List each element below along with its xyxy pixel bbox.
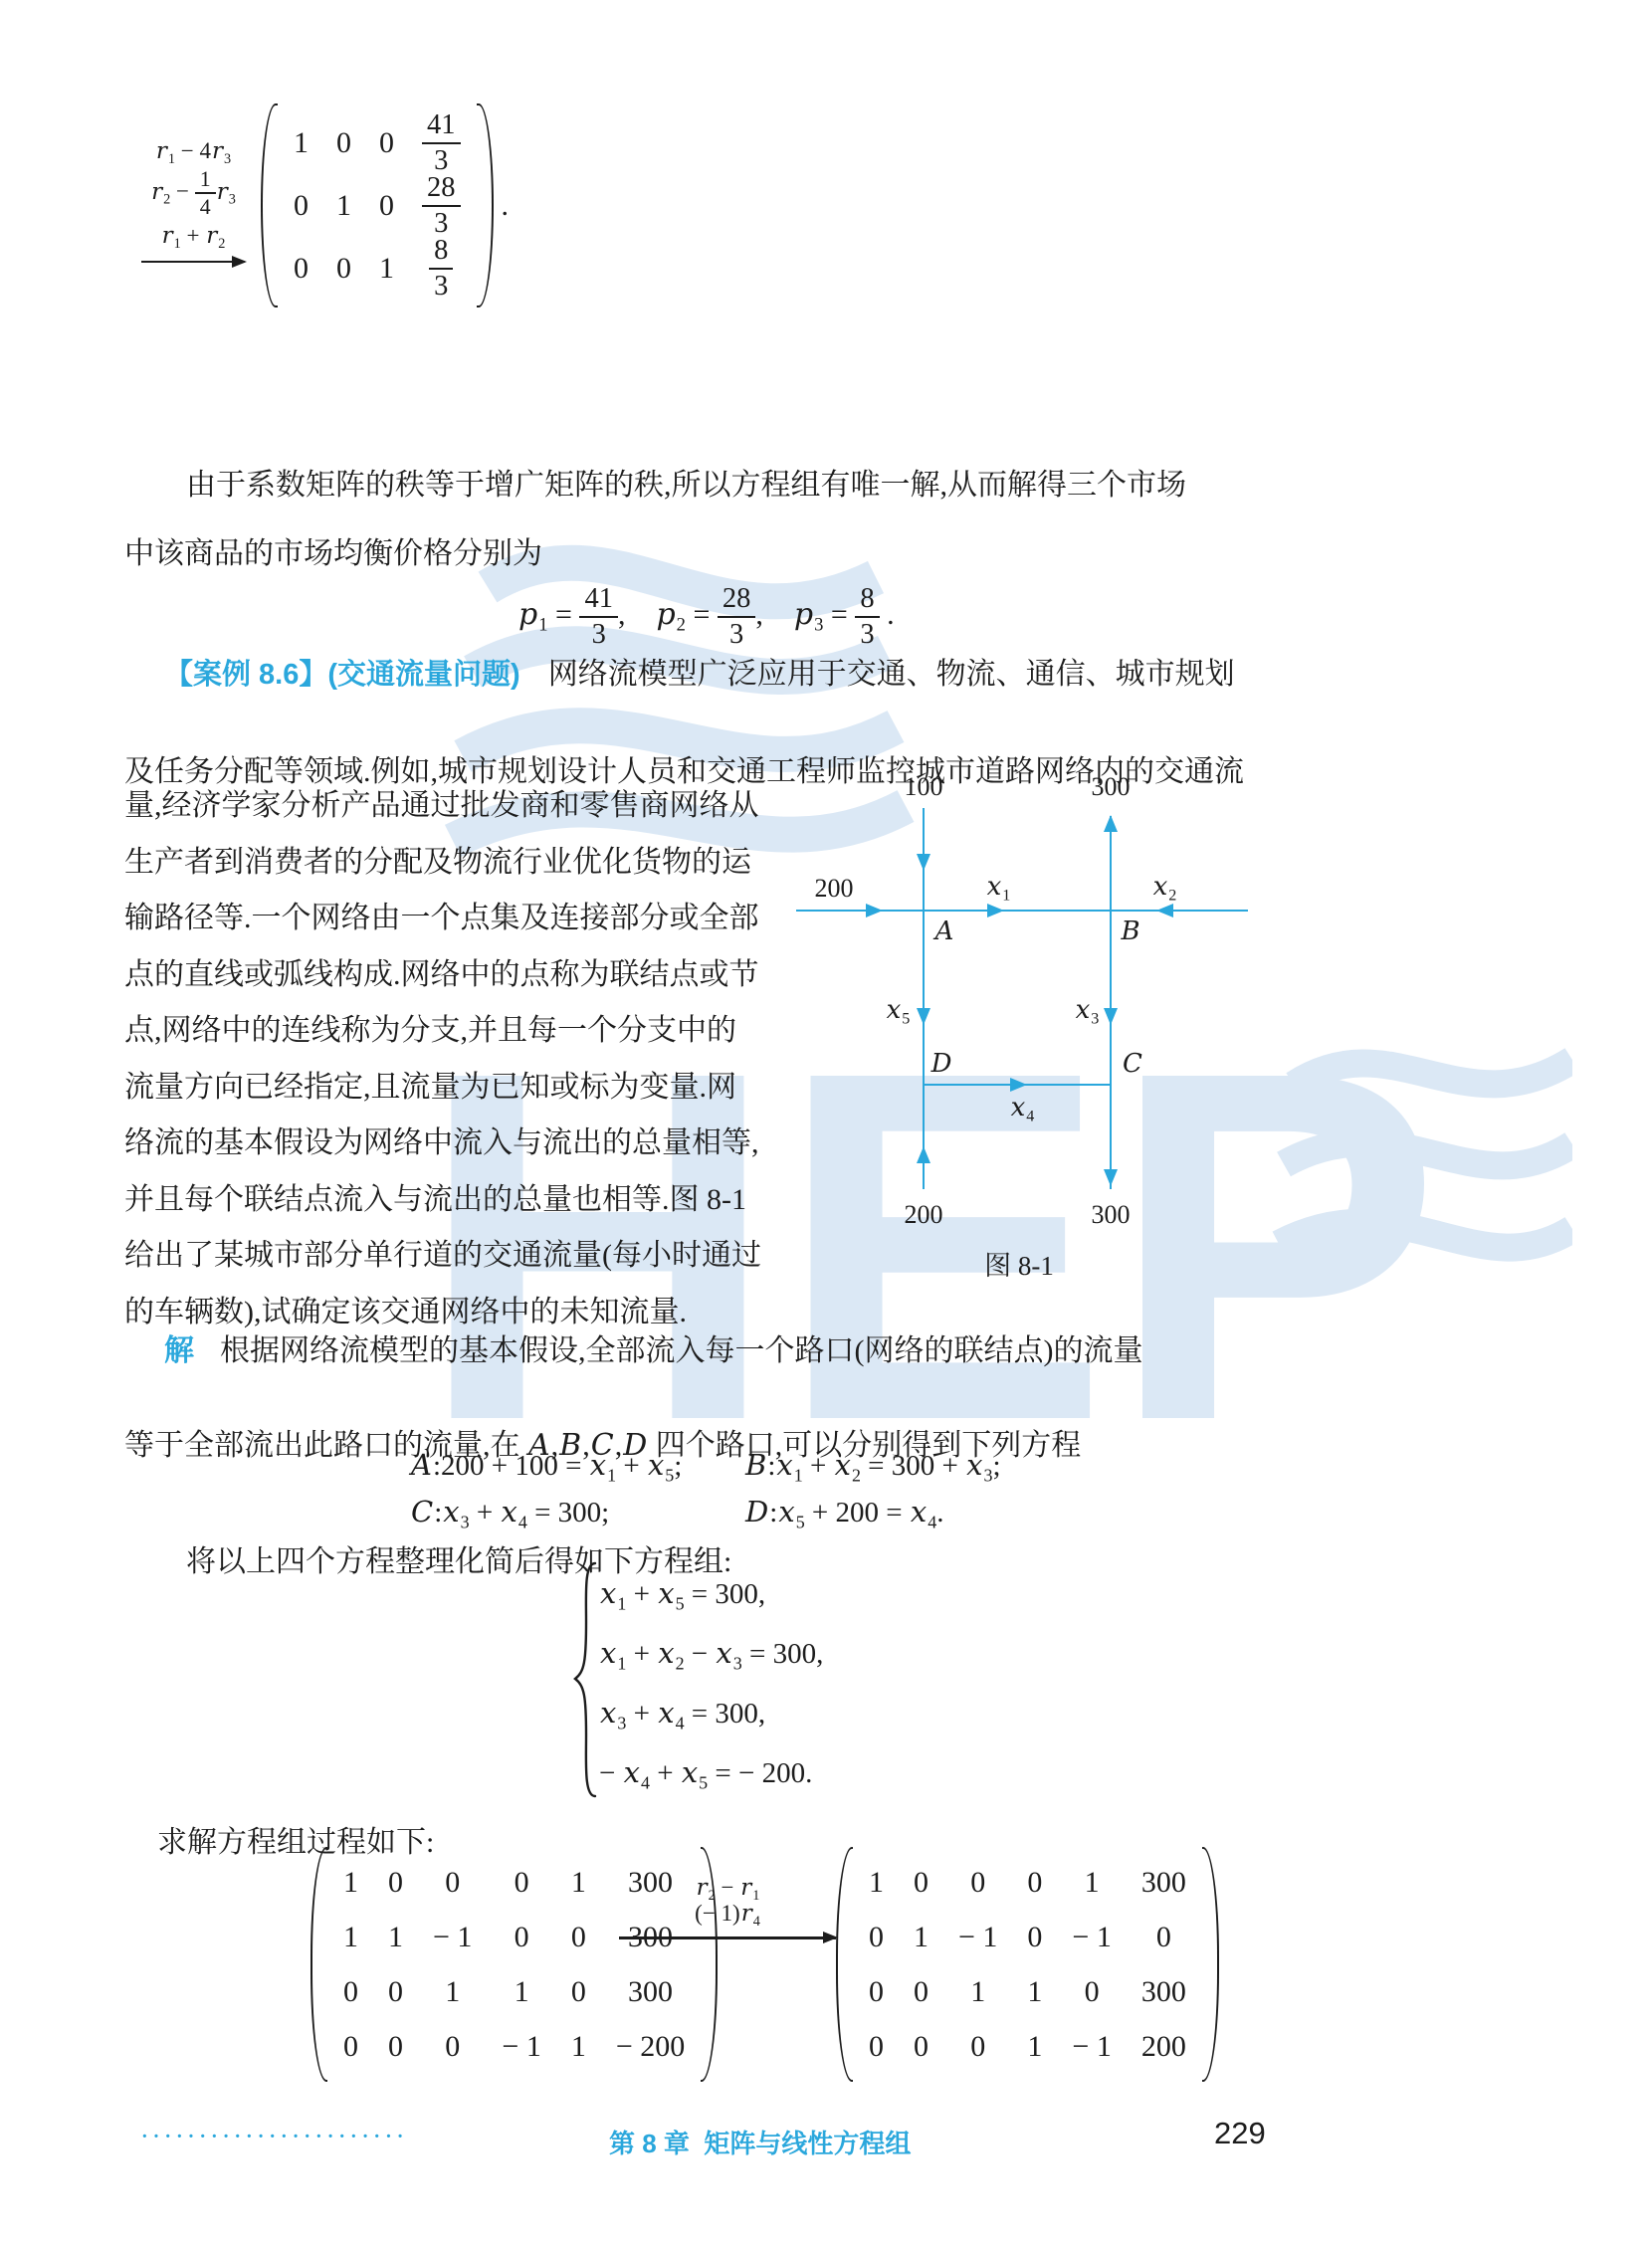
matrix-cell: 0 [379, 126, 394, 160]
flow-x4-label: x4 [1010, 1093, 1035, 1122]
matrix-reduction-result: r1 − 4r3 r2 − 14r3 r1 + r2 1004130102830… [141, 103, 509, 307]
matrix-cell: 0 [869, 1975, 884, 2009]
result-matrix: 10041301028300183 [261, 103, 494, 307]
matrix-cell: 0 [336, 252, 351, 286]
matrix-cell: 0 [445, 1866, 460, 1900]
matrix-cell: 0 [388, 2030, 403, 2064]
matrix-cell: 1 [571, 2030, 586, 2064]
footer-chapter-title: 第 8 章 矩阵与线性方程组 [609, 2124, 911, 2160]
matrix-cell: − 1 [958, 1921, 997, 1954]
matrix-cell: 1 [571, 1866, 586, 1900]
arrow-right-icon [619, 1936, 836, 1939]
system-equation: x1 + x2 − x3 = 300, [599, 1624, 823, 1684]
matrix-cell: 413 [422, 109, 461, 177]
matrix-cell: 1 [515, 1975, 529, 2009]
matrix-cell: − 1 [1072, 2030, 1111, 2064]
body-line: 并且每个联结点流入与流出的总量也相等.图 8-1 [124, 1172, 761, 1229]
matrix-cell: 1 [294, 126, 309, 160]
matrix-cell: 0 [1027, 1921, 1042, 1954]
row-op: r1 − 4r3 [155, 138, 231, 164]
price-equation: p1 = 413, p2 = 283, p3 = 83 . [517, 583, 895, 651]
matrix-cell: 300 [1141, 1975, 1186, 2009]
equation-system: x1 + x5 = 300, x1 + x2 − x3 = 300, x3 + … [599, 1564, 823, 1803]
flow-out-bottom-label: 300 [1092, 1200, 1131, 1230]
matrix-cell: 1 [343, 1921, 358, 1954]
system-brace [571, 1560, 601, 1799]
matrix-cell: − 1 [433, 1921, 472, 1954]
body-line: 输路径等.一个网络由一个点集及连接部分或全部 [124, 891, 761, 947]
solution-marker: 解 [164, 1325, 194, 1369]
matrix-cell: 1 [914, 1921, 929, 1954]
left-paren [310, 1847, 327, 2082]
solution-line1: 解 根据网络流模型的基本假设,全部流入每一个路口(网络的联结点)的流量 [164, 1325, 1142, 1369]
matrix-cell: 0 [914, 1975, 929, 2009]
body-line: 流量方向已经指定,且流量为已知或标为变量.网 [124, 1060, 761, 1117]
left-paren [836, 1847, 853, 2082]
node-b-label: B [1120, 917, 1140, 946]
body-line: 点的直线或弧线构成.网络中的点称为联结点或节 [124, 947, 761, 1004]
matrix-cell: 0 [336, 126, 351, 160]
node-equation-a: A:200 + 100 = x1 + x5; [410, 1448, 682, 1483]
system-equation: x3 + x4 = 300, [599, 1684, 823, 1743]
matrix-cell: − 1 [1072, 1921, 1111, 1954]
matrix-cell: 0 [571, 1975, 586, 2009]
matrix-cell: 1 [1085, 1866, 1100, 1900]
matrix-cell: 200 [1141, 2030, 1186, 2064]
right-paren [477, 103, 494, 307]
node-equation-d: D:x5 + 200 = x4. [744, 1495, 943, 1529]
matrix-cell: 300 [1141, 1866, 1186, 1900]
figure-8-1: 100 300 200 x1 x2 A B x5 x3 D C x4 200 3… [794, 766, 1252, 1279]
matrix-cell: − 1 [502, 2030, 540, 2064]
body-line: 生产者到消费者的分配及物流行业优化货物的运 [124, 835, 761, 892]
row-op: r1 + r2 [161, 223, 226, 249]
matrix-cell: 1 [970, 1975, 985, 2009]
arrow-right-icon [141, 261, 245, 264]
matrix-cell: 1 [1027, 2030, 1042, 2064]
matrix-cell: 0 [388, 1975, 403, 2009]
flow-x5-label: x5 [886, 995, 911, 1025]
flow-in-top-label: 100 [905, 772, 943, 802]
matrix-cell: 0 [914, 2030, 929, 2064]
row-op: r2 − 14r3 [150, 167, 236, 220]
matrix-cell: 0 [445, 2030, 460, 2064]
node-a-label: A [934, 917, 955, 946]
body-line: 络流的基本假设为网络中流入与流出的总量相等, [124, 1116, 761, 1172]
matrix-cell: 0 [294, 252, 309, 286]
footer-dotted-rule: ······················· [141, 2126, 408, 2148]
matrix-cell: 1 [336, 189, 351, 223]
solution-text-line1: 根据网络流模型的基本假设,全部流入每一个路口(网络的联结点)的流量 [220, 1325, 1142, 1369]
matrix-cell: 1 [445, 1975, 460, 2009]
right-paren [1202, 1847, 1219, 2082]
paragraph-equilibrium-line1: 由于系数矩阵的秩等于增广矩阵的秩,所以方程组有唯一解,从而解得三个市场 [186, 460, 1186, 504]
flow-out-top-label: 300 [1092, 772, 1131, 802]
matrix-cell: 0 [1156, 1921, 1171, 1954]
matrix-cell: 0 [343, 1975, 358, 2009]
left-paren [261, 103, 278, 307]
node-d-label: D [930, 1049, 953, 1079]
matrix-cell: 0 [515, 1866, 529, 1900]
case-intro-line1: 网络流模型广泛应用于交通、物流、通信、城市规划 [548, 649, 1235, 693]
matrix-cell: 1 [1027, 1975, 1042, 2009]
elimination-row-ops: r2 − r1 (− 1)r4 [619, 1875, 836, 1939]
matrix-cell: 283 [422, 172, 461, 240]
footer-page-number: 229 [1214, 2116, 1266, 2151]
matrix-cell: 0 [914, 1866, 929, 1900]
system-equation: x1 + x5 = 300, [599, 1564, 823, 1624]
augmented-matrix-after: 1000130001− 10− 10001103000001− 1200 [836, 1847, 1219, 2082]
system-equation: − x4 + x5 = − 200. [599, 1743, 823, 1803]
matrix-cell: 0 [515, 1921, 529, 1954]
matrix-cell: 0 [343, 2030, 358, 2064]
body-line: 点,网络中的连线称为分支,并且每一个分支中的 [124, 1003, 761, 1060]
body-line: 量,经济学家分析产品通过批发商和零售商网络从 [124, 778, 761, 835]
node-c-label: C [1122, 1049, 1143, 1079]
matrix-cell: 0 [970, 2030, 985, 2064]
case-body-left-column: 量,经济学家分析产品通过批发商和零售商网络从 生产者到消费者的分配及物流行业优化… [124, 778, 761, 1340]
matrix-cell: 0 [970, 1866, 985, 1900]
matrix-cell: 1 [343, 1866, 358, 1900]
matrix-cell: 0 [379, 189, 394, 223]
matrix-cell: 1 [388, 1921, 403, 1954]
matrix-cell: 1 [869, 1866, 884, 1900]
body-line: 给出了某城市部分单行道的交通流量(每小时通过 [124, 1228, 761, 1285]
matrix-cell: 0 [869, 2030, 884, 2064]
node-equation-b: B:x1 + x2 = 300 + x3; [744, 1448, 1001, 1483]
row-op: r2 − r1 [696, 1875, 760, 1901]
row-operations-block: r1 − 4r3 r2 − 14r3 r1 + r2 [141, 138, 245, 263]
flow-in-bottom-label: 200 [905, 1200, 943, 1230]
sentence-period: . [502, 189, 510, 223]
figure-caption: 图 8-1 [984, 1244, 1054, 1283]
flow-in-left-label: 200 [815, 874, 854, 904]
node-equation-c: C:x3 + x4 = 300; [410, 1495, 609, 1529]
paragraph-equilibrium-line2: 中该商品的市场均衡价格分别为 [124, 528, 542, 572]
traffic-network-diagram [794, 766, 1252, 1234]
matrix-cell: 0 [1085, 1975, 1100, 2009]
matrix-cell: 83 [429, 235, 453, 303]
case-label: 【案例 8.6】(交通流量问题) [164, 652, 520, 693]
matrix-cell: 0 [388, 1866, 403, 1900]
flow-x2-label: x2 [1152, 872, 1177, 902]
matrix-cell: 300 [628, 1975, 673, 2009]
matrix-cell: − 200 [616, 2030, 685, 2064]
matrix-cell: 0 [869, 1921, 884, 1954]
matrix-cell: 0 [571, 1921, 586, 1954]
flow-x3-label: x3 [1075, 995, 1100, 1025]
row-op: (− 1)r4 [695, 1901, 760, 1927]
flow-x1-label: x1 [986, 872, 1011, 902]
matrix-cell: 0 [294, 189, 309, 223]
case-heading-row: 【案例 8.6】(交通流量问题) 网络流模型广泛应用于交通、物流、通信、城市规划 [164, 649, 1235, 693]
matrix-cell: 1 [379, 252, 394, 286]
matrix-cell: 0 [1027, 1866, 1042, 1900]
textbook-page: { "colors": { "accent": "#2aa7dc", "ink"… [0, 0, 1652, 2241]
